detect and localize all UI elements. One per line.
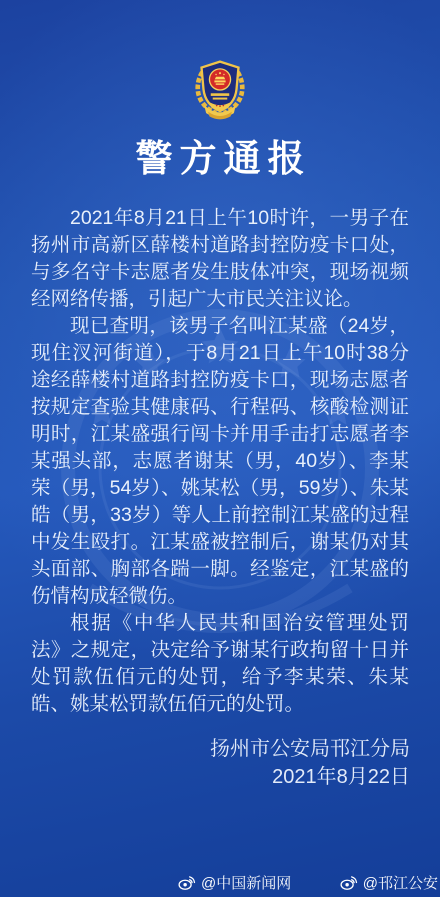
notice-title: 警方通报 xyxy=(0,128,440,182)
footer-watermark-left: @中国新闻网 xyxy=(178,872,291,893)
police-badge-icon xyxy=(187,55,253,121)
signature-date: 2021年8月22日 xyxy=(210,763,410,791)
footer-watermark-right-label: @邗江公安 xyxy=(363,872,438,893)
notice-paragraph-2: 现已查明，该男子名叫江某盛（24岁，现住汊河街道），于8月21日上午10时38分… xyxy=(31,313,409,610)
footer-watermark-left-label: @中国新闻网 xyxy=(201,872,291,893)
notice-paragraph-3: 根据《中华人民共和国治安管理处罚法》之规定，决定给予谢某行政拘留十日并处罚款伍佰… xyxy=(31,610,409,718)
signature-agency: 扬州市公安局邗江分局 xyxy=(210,735,410,763)
weibo-icon xyxy=(340,875,358,890)
notice-signature: 扬州市公安局邗江分局 2021年8月22日 xyxy=(210,735,410,791)
notice-body: 2021年8月21日上午10时许，一男子在扬州市高新区薛楼村道路封控防疫卡口处，… xyxy=(31,205,409,718)
footer-watermark-right: @邗江公安 xyxy=(340,872,438,893)
police-badge xyxy=(0,55,440,121)
weibo-icon xyxy=(178,875,196,890)
police-notice-page: 警方通报 2021年8月21日上午10时许，一男子在扬州市高新区薛楼村道路封控防… xyxy=(0,0,440,897)
notice-paragraph-1: 2021年8月21日上午10时许，一男子在扬州市高新区薛楼村道路封控防疫卡口处，… xyxy=(31,205,409,313)
